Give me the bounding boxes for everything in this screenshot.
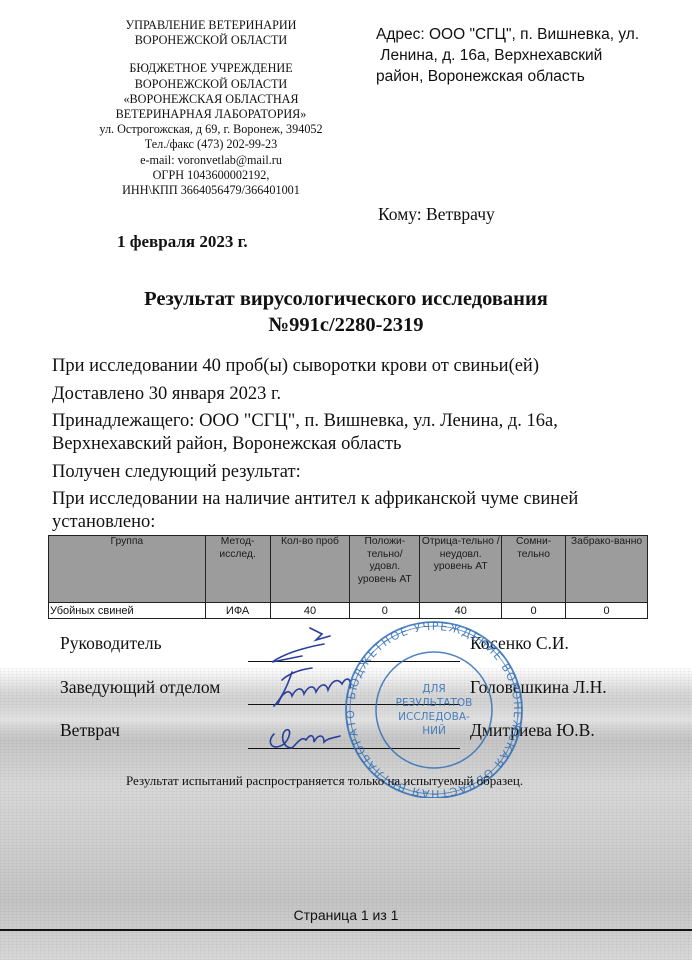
address-line: район, Воронежская область <box>376 66 676 87</box>
result-number: №991с/2280-2319 <box>0 312 692 338</box>
svg-text:НИЙ: НИЙ <box>422 724 446 737</box>
samples-paragraph: При исследовании 40 проб(ы) сыворотки кр… <box>52 355 662 378</box>
table-row: Убойных свинейИФА4004000 <box>49 603 648 619</box>
signatory-name: Головешкина Л.Н. <box>470 677 607 698</box>
handwritten-signature-icon <box>262 622 382 762</box>
signature-line <box>248 661 460 662</box>
column-header: Отрица-тельно / неудовл. уровень АТ <box>420 536 502 603</box>
org-line: e-mail: voronvetlab@mail.ru <box>86 153 336 168</box>
address-line: Адрес: ООО "СГЦ", п. Вишневка, ул. <box>376 24 676 45</box>
column-header: Метод-исслед. <box>205 536 270 603</box>
table-cell: Убойных свиней <box>49 603 206 619</box>
svg-text:ИССЛЕДОВА-: ИССЛЕДОВА- <box>398 711 470 723</box>
table-header-row: ГруппаМетод-исслед.Кол-во пробПоложи-тел… <box>49 536 648 603</box>
signature-role: Заведующий отделом <box>60 677 220 698</box>
org-line: Тел./факс (473) 202-99-23 <box>86 137 336 152</box>
org-line: ВОРОНЕЖСКОЙ ОБЛАСТИ <box>86 77 336 92</box>
table-cell: 40 <box>420 603 502 619</box>
page-number: Страница 1 из 1 <box>0 907 692 923</box>
signature-role: Ветврач <box>60 720 120 741</box>
document-title: Результат вирусологического исследования… <box>0 286 692 338</box>
table-cell: 0 <box>350 603 420 619</box>
signature-line <box>248 704 460 705</box>
table-cell: 0 <box>566 603 648 619</box>
org-group-1: УПРАВЛЕНИЕ ВЕТЕРИНАРИИВОРОНЕЖСКОЙ ОБЛАСТ… <box>86 18 336 48</box>
signature-role: Руководитель <box>60 633 162 654</box>
table-cell: 40 <box>270 603 350 619</box>
delivered-paragraph: Доставлено 30 января 2023 г. <box>52 383 662 406</box>
results-table: ГруппаМетод-исслед.Кол-во пробПоложи-тел… <box>48 535 648 619</box>
signatory-name: Косенко С.И. <box>470 633 569 654</box>
table-body: Убойных свинейИФА4004000 <box>49 603 648 619</box>
column-header: Положи-тельно/ удовл. уровень АТ <box>350 536 420 603</box>
address-line: Ленина, д. 16а, Верхнехавский <box>376 45 676 66</box>
svg-text:РЕЗУЛЬТАТОВ: РЕЗУЛЬТАТОВ <box>396 697 473 709</box>
addressee: Кому: Ветврачу <box>378 204 495 225</box>
org-line: УПРАВЛЕНИЕ ВЕТЕРИНАРИИ <box>86 18 336 33</box>
organization-header: УПРАВЛЕНИЕ ВЕТЕРИНАРИИВОРОНЕЖСКОЙ ОБЛАСТ… <box>86 18 336 198</box>
received-paragraph: Получен следующий результат: <box>52 461 662 484</box>
column-header: Сомни-тельно <box>502 536 566 603</box>
finding-paragraph: При исследовании на наличие антител к аф… <box>52 488 662 534</box>
signature-line <box>248 748 460 749</box>
org-line: БЮДЖЕТНОЕ УЧРЕЖДЕНИЕ <box>86 61 336 76</box>
footer-rule <box>0 929 692 931</box>
document-page: УПРАВЛЕНИЕ ВЕТЕРИНАРИИВОРОНЕЖСКОЙ ОБЛАСТ… <box>0 0 692 968</box>
org-line: ИНН\КПП 3664056479/366401001 <box>86 183 336 198</box>
svg-text:ДЛЯ: ДЛЯ <box>422 683 445 695</box>
org-line: ул. Острогожская, д 69, г. Воронеж, 3940… <box>86 122 336 137</box>
org-line: ОГРН 1043600002192, <box>86 168 336 183</box>
table-cell: 0 <box>502 603 566 619</box>
table-cell: ИФА <box>205 603 270 619</box>
recipient-address: Адрес: ООО "СГЦ", п. Вишневка, ул. Ленин… <box>376 24 676 87</box>
column-header: Кол-во проб <box>270 536 350 603</box>
org-group-2: БЮДЖЕТНОЕ УЧРЕЖДЕНИЕВОРОНЕЖСКОЙ ОБЛАСТИ«… <box>86 61 336 198</box>
document-date: 1 февраля 2023 г. <box>117 232 248 252</box>
column-header: Забрако-ванно <box>566 536 648 603</box>
org-line: ВОРОНЕЖСКОЙ ОБЛАСТИ <box>86 33 336 48</box>
signatory-name: Дмитриева Ю.В. <box>470 720 595 741</box>
disclaimer: Результат испытаний распространяется тол… <box>126 773 523 789</box>
column-header: Группа <box>49 536 206 603</box>
title-line: Результат вирусологического исследования <box>0 286 692 312</box>
owner-paragraph: Принадлежащего: ООО "СГЦ", п. Вишневка, … <box>52 410 662 456</box>
org-line: «ВОРОНЕЖСКАЯ ОБЛАСТНАЯ <box>86 92 336 107</box>
org-line: ВЕТЕРИНАРНАЯ ЛАБОРАТОРИЯ» <box>86 107 336 122</box>
